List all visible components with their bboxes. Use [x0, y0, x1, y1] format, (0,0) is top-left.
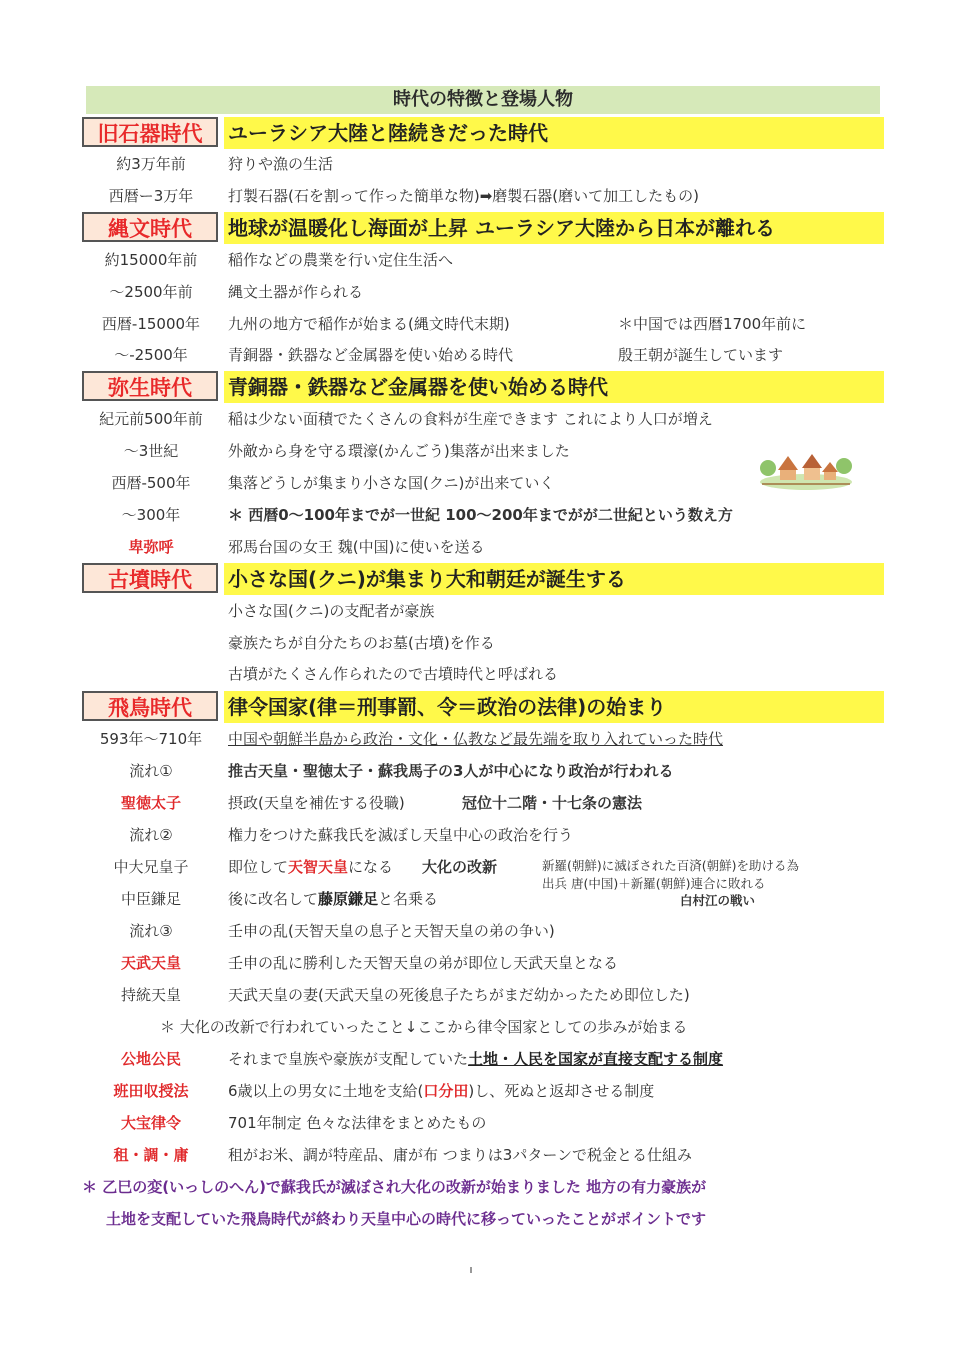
era-paleolithic-header: 旧石器時代 ユーラシア大陸と陸続きだった時代 — [82, 117, 882, 149]
row-label: 聖徳太子 — [82, 789, 220, 817]
row-label: 紀元前500年前 — [82, 405, 220, 433]
side-note-line: 新羅(朝鮮)に滅ぼされた百済(朝鮮)を助ける為 — [542, 857, 799, 875]
text-part: と名乗る — [378, 890, 438, 908]
side-note-battle: 白村江の戦い — [680, 892, 755, 910]
row-text: 即位して天智天皇になる — [228, 853, 393, 881]
text-part: 6歳以上の男女に土地を支給( — [228, 1082, 423, 1100]
list-item: 租・調・庸 租がお米、調が特産品、庸が布 つまりは3パターンで税金とる仕組み — [82, 1141, 882, 1169]
list-item: 流れ② 権力をつけた蘇我氏を滅ぼし天皇中心の政治を行う — [82, 821, 882, 849]
text-part: それまで皇族や豪族が支配していた — [228, 1050, 468, 1068]
row-text: 701年制定 色々な法律をまとめたもの — [228, 1109, 486, 1137]
row-label: 租・調・庸 — [82, 1141, 220, 1169]
reform-note: ＊ 大化の改新で行われていったこと↓ここから律令国家としての歩みが始まる — [160, 1013, 687, 1041]
row-text: 中国や朝鮮半島から政治・文化・仏教など最先端を取り入れていった時代 — [228, 725, 723, 753]
list-item: 公地公民 それまで皇族や豪族が支配していた土地・人民を国家が直接支配する制度 — [82, 1045, 882, 1073]
row-text: 壬申の乱に勝利した天智天皇の弟が即位し天武天皇となる — [228, 949, 618, 977]
list-item: 小さな国(クニ)の支配者が豪族 — [82, 597, 882, 625]
row-text: 青銅器・鉄器など金属器を使い始める時代 — [228, 341, 513, 369]
era-headline: 地球が温暖化し海面が上昇 ユーラシア大陸から日本が離れる — [224, 212, 884, 244]
text-highlight: 藤原鎌足 — [318, 890, 378, 908]
row-label: 班田収授法 — [82, 1077, 220, 1105]
list-item: 約15000年前 稲作などの農業を行い定住生活へ — [82, 246, 882, 274]
list-item: 卑弥呼 邪馬台国の女王 魏(中国)に使いを送る — [82, 533, 882, 561]
row-text: 租がお米、調が特産品、庸が布 つまりは3パターンで税金とる仕組み — [228, 1141, 692, 1169]
footer-note-line2: 土地を支配していた飛鳥時代が終わり天皇中心の時代に移っていったことがポイントです — [106, 1205, 706, 1233]
row-text: 古墳がたくさん作られたので古墳時代と呼ばれる — [228, 660, 558, 688]
row-label: 持統天皇 — [82, 981, 220, 1009]
row-text: 九州の地方で稲作が始まる(縄文時代末期) — [228, 310, 510, 338]
list-item: 天武天皇 壬申の乱に勝利した天智天皇の弟が即位し天武天皇となる — [82, 949, 882, 977]
worksheet-page: 時代の特徴と登場人物 旧石器時代 ユーラシア大陸と陸続きだった時代 約3万年前 … — [0, 0, 960, 1357]
list-item: 流れ③ 壬申の乱(天智天皇の息子と天智天皇の弟の争い) — [82, 917, 882, 945]
era-name: 飛鳥時代 — [82, 691, 218, 721]
row-text: 稲作などの農業を行い定住生活へ — [228, 246, 453, 274]
era-yayoi-header: 弥生時代 青銅器・鉄器など金属器を使い始める時代 — [82, 371, 882, 403]
era-headline: 律令国家(律＝刑事罰、令＝政治の法律)の始まり — [224, 691, 884, 723]
row-label: 大宝律令 — [82, 1109, 220, 1137]
text-highlight: 土地・人民を国家が直接支配する制度 — [468, 1050, 723, 1068]
row-label: 西暦-500年 — [82, 469, 220, 497]
list-item: 大宝律令 701年制定 色々な法律をまとめたもの — [82, 1109, 882, 1137]
side-note: 殷王朝が誕生しています — [618, 341, 783, 369]
row-text: それまで皇族や豪族が支配していた土地・人民を国家が直接支配する制度 — [228, 1045, 723, 1073]
text-part: になる — [348, 858, 393, 876]
row-text: 狩りや漁の生活 — [228, 150, 333, 178]
row-text: 後に改名して藤原鎌足と名乗る — [228, 885, 438, 913]
row-label: 中臣鎌足 — [82, 885, 220, 913]
row-text: 摂政(天皇を補佐する役職) — [228, 789, 405, 817]
row-text: 集落どうしが集まり小さな国(クニ)が出来ていく — [228, 469, 554, 497]
era-name: 縄文時代 — [82, 212, 218, 242]
arrow-right-icon: ➡ — [480, 187, 493, 205]
era-jomon-header: 縄文時代 地球が温暖化し海面が上昇 ユーラシア大陸から日本が離れる — [82, 212, 882, 244]
row-text: 縄文土器が作られる — [228, 278, 363, 306]
row-text: 外敵から身を守る環濠(かんごう)集落が出来ました — [228, 437, 570, 465]
scan-speck — [470, 1267, 472, 1273]
row-label: 西暦ー3万年 — [82, 182, 220, 210]
row-label: ～-2500年 — [82, 341, 220, 369]
row-label: ～2500年前 — [82, 278, 220, 306]
side-note: 冠位十二階・十七条の憲法 — [462, 789, 642, 817]
side-note: 大化の改新 — [422, 853, 497, 881]
row-label: 公地公民 — [82, 1045, 220, 1073]
text-part: 磨製石器(磨いて加工したもの) — [492, 187, 699, 205]
century-note: ＊ 西暦0～100年までが一世紀 100～200年までがが二世紀という数え方 — [228, 501, 733, 529]
era-headline: 小さな国(クニ)が集まり大和朝廷が誕生する — [224, 563, 884, 595]
list-item: 班田収授法 6歳以上の男女に土地を支給(口分田)し、死ぬと返却させる制度 — [82, 1077, 882, 1105]
side-note: ＊中国では西暦1700年前に — [618, 310, 806, 338]
list-item: ～2500年前 縄文土器が作られる — [82, 278, 882, 306]
row-text: 邪馬台国の女王 魏(中国)に使いを送る — [228, 533, 484, 561]
list-item: 持統天皇 天武天皇の妻(天武天皇の死後息子たちがまだ幼かったため即位した) — [82, 981, 882, 1009]
row-label: 約3万年前 — [82, 150, 220, 178]
row-text: 推古天皇・聖徳太子・蘇我馬子の3人が中心になり政治が行われる — [228, 757, 673, 785]
row-text: 小さな国(クニ)の支配者が豪族 — [228, 597, 434, 625]
text-part: 打製石器(石を割って作った簡単な物) — [228, 187, 480, 205]
text-part: )し、死ぬと返却させる制度 — [468, 1082, 654, 1100]
row-label: 流れ① — [82, 757, 220, 785]
reform-note-row: ＊ 大化の改新で行われていったこと↓ここから律令国家としての歩みが始まる — [82, 1013, 882, 1041]
village-illustration-icon — [758, 446, 854, 492]
row-label: 593年～710年 — [82, 725, 220, 753]
row-label: 天武天皇 — [82, 949, 220, 977]
row-text: 稲は少ない面積でたくさんの食料が生産できます これにより人口が増え — [228, 405, 713, 433]
row-text: 天武天皇の妻(天武天皇の死後息子たちがまだ幼かったため即位した) — [228, 981, 690, 1009]
row-text: 6歳以上の男女に土地を支給(口分田)し、死ぬと返却させる制度 — [228, 1077, 654, 1105]
text-part: 後に改名して — [228, 890, 318, 908]
row-label: ～3世紀 — [82, 437, 220, 465]
row-text: 壬申の乱(天智天皇の息子と天智天皇の弟の争い) — [228, 917, 555, 945]
era-name: 旧石器時代 — [82, 117, 218, 147]
footer-note-line1: ＊ 乙巳の変(いっしのへん)で蘇我氏が滅ぼされ大化の改新が始まりました 地方の有… — [82, 1173, 706, 1201]
era-headline: 青銅器・鉄器など金属器を使い始める時代 — [224, 371, 884, 403]
list-item: 豪族たちが自分たちのお墓(古墳)を作る — [82, 629, 882, 657]
list-item: 聖徳太子 摂政(天皇を補佐する役職) 冠位十二階・十七条の憲法 — [82, 789, 882, 817]
list-item: 流れ① 推古天皇・聖徳太子・蘇我馬子の3人が中心になり政治が行われる — [82, 757, 882, 785]
row-label: 約15000年前 — [82, 246, 220, 274]
text-highlight: 口分田 — [423, 1082, 468, 1100]
text-part: 即位して — [228, 858, 288, 876]
row-label: 中大兄皇子 — [82, 853, 220, 881]
row-label: 卑弥呼 — [82, 533, 220, 561]
page-title: 時代の特徴と登場人物 — [86, 86, 880, 114]
list-item: 約3万年前 狩りや漁の生活 — [82, 150, 882, 178]
list-item: 西暦-15000年 九州の地方で稲作が始まる(縄文時代末期) ＊中国では西暦17… — [82, 310, 882, 338]
row-label: 西暦-15000年 — [82, 310, 220, 338]
row-label: 流れ② — [82, 821, 220, 849]
side-note-line: 出兵 唐(中国)＋新羅(朝鮮)連合に敗れる — [542, 875, 765, 893]
list-item: 紀元前500年前 稲は少ない面積でたくさんの食料が生産できます これにより人口が… — [82, 405, 882, 433]
list-item: ～-2500年 青銅器・鉄器など金属器を使い始める時代 殷王朝が誕生しています — [82, 341, 882, 369]
row-text: 打製石器(石を割って作った簡単な物)➡磨製石器(磨いて加工したもの) — [228, 182, 699, 210]
list-item: 593年～710年 中国や朝鮮半島から政治・文化・仏教など最先端を取り入れていっ… — [82, 725, 882, 753]
list-item: ～300年 ＊ 西暦0～100年までが一世紀 100～200年までがが二世紀とい… — [82, 501, 882, 529]
era-kofun-header: 古墳時代 小さな国(クニ)が集まり大和朝廷が誕生する — [82, 563, 882, 595]
text-highlight: 天智天皇 — [288, 858, 348, 876]
row-label: ～300年 — [82, 501, 220, 529]
era-name: 古墳時代 — [82, 563, 218, 593]
era-asuka-header: 飛鳥時代 律令国家(律＝刑事罰、令＝政治の法律)の始まり — [82, 691, 882, 723]
row-text: 権力をつけた蘇我氏を滅ぼし天皇中心の政治を行う — [228, 821, 573, 849]
era-name: 弥生時代 — [82, 371, 218, 401]
row-text: 豪族たちが自分たちのお墓(古墳)を作る — [228, 629, 495, 657]
list-item: 西暦ー3万年 打製石器(石を割って作った簡単な物)➡磨製石器(磨いて加工したもの… — [82, 182, 882, 210]
era-headline: ユーラシア大陸と陸続きだった時代 — [224, 117, 884, 149]
row-label: 流れ③ — [82, 917, 220, 945]
list-item: 古墳がたくさん作られたので古墳時代と呼ばれる — [82, 660, 882, 688]
